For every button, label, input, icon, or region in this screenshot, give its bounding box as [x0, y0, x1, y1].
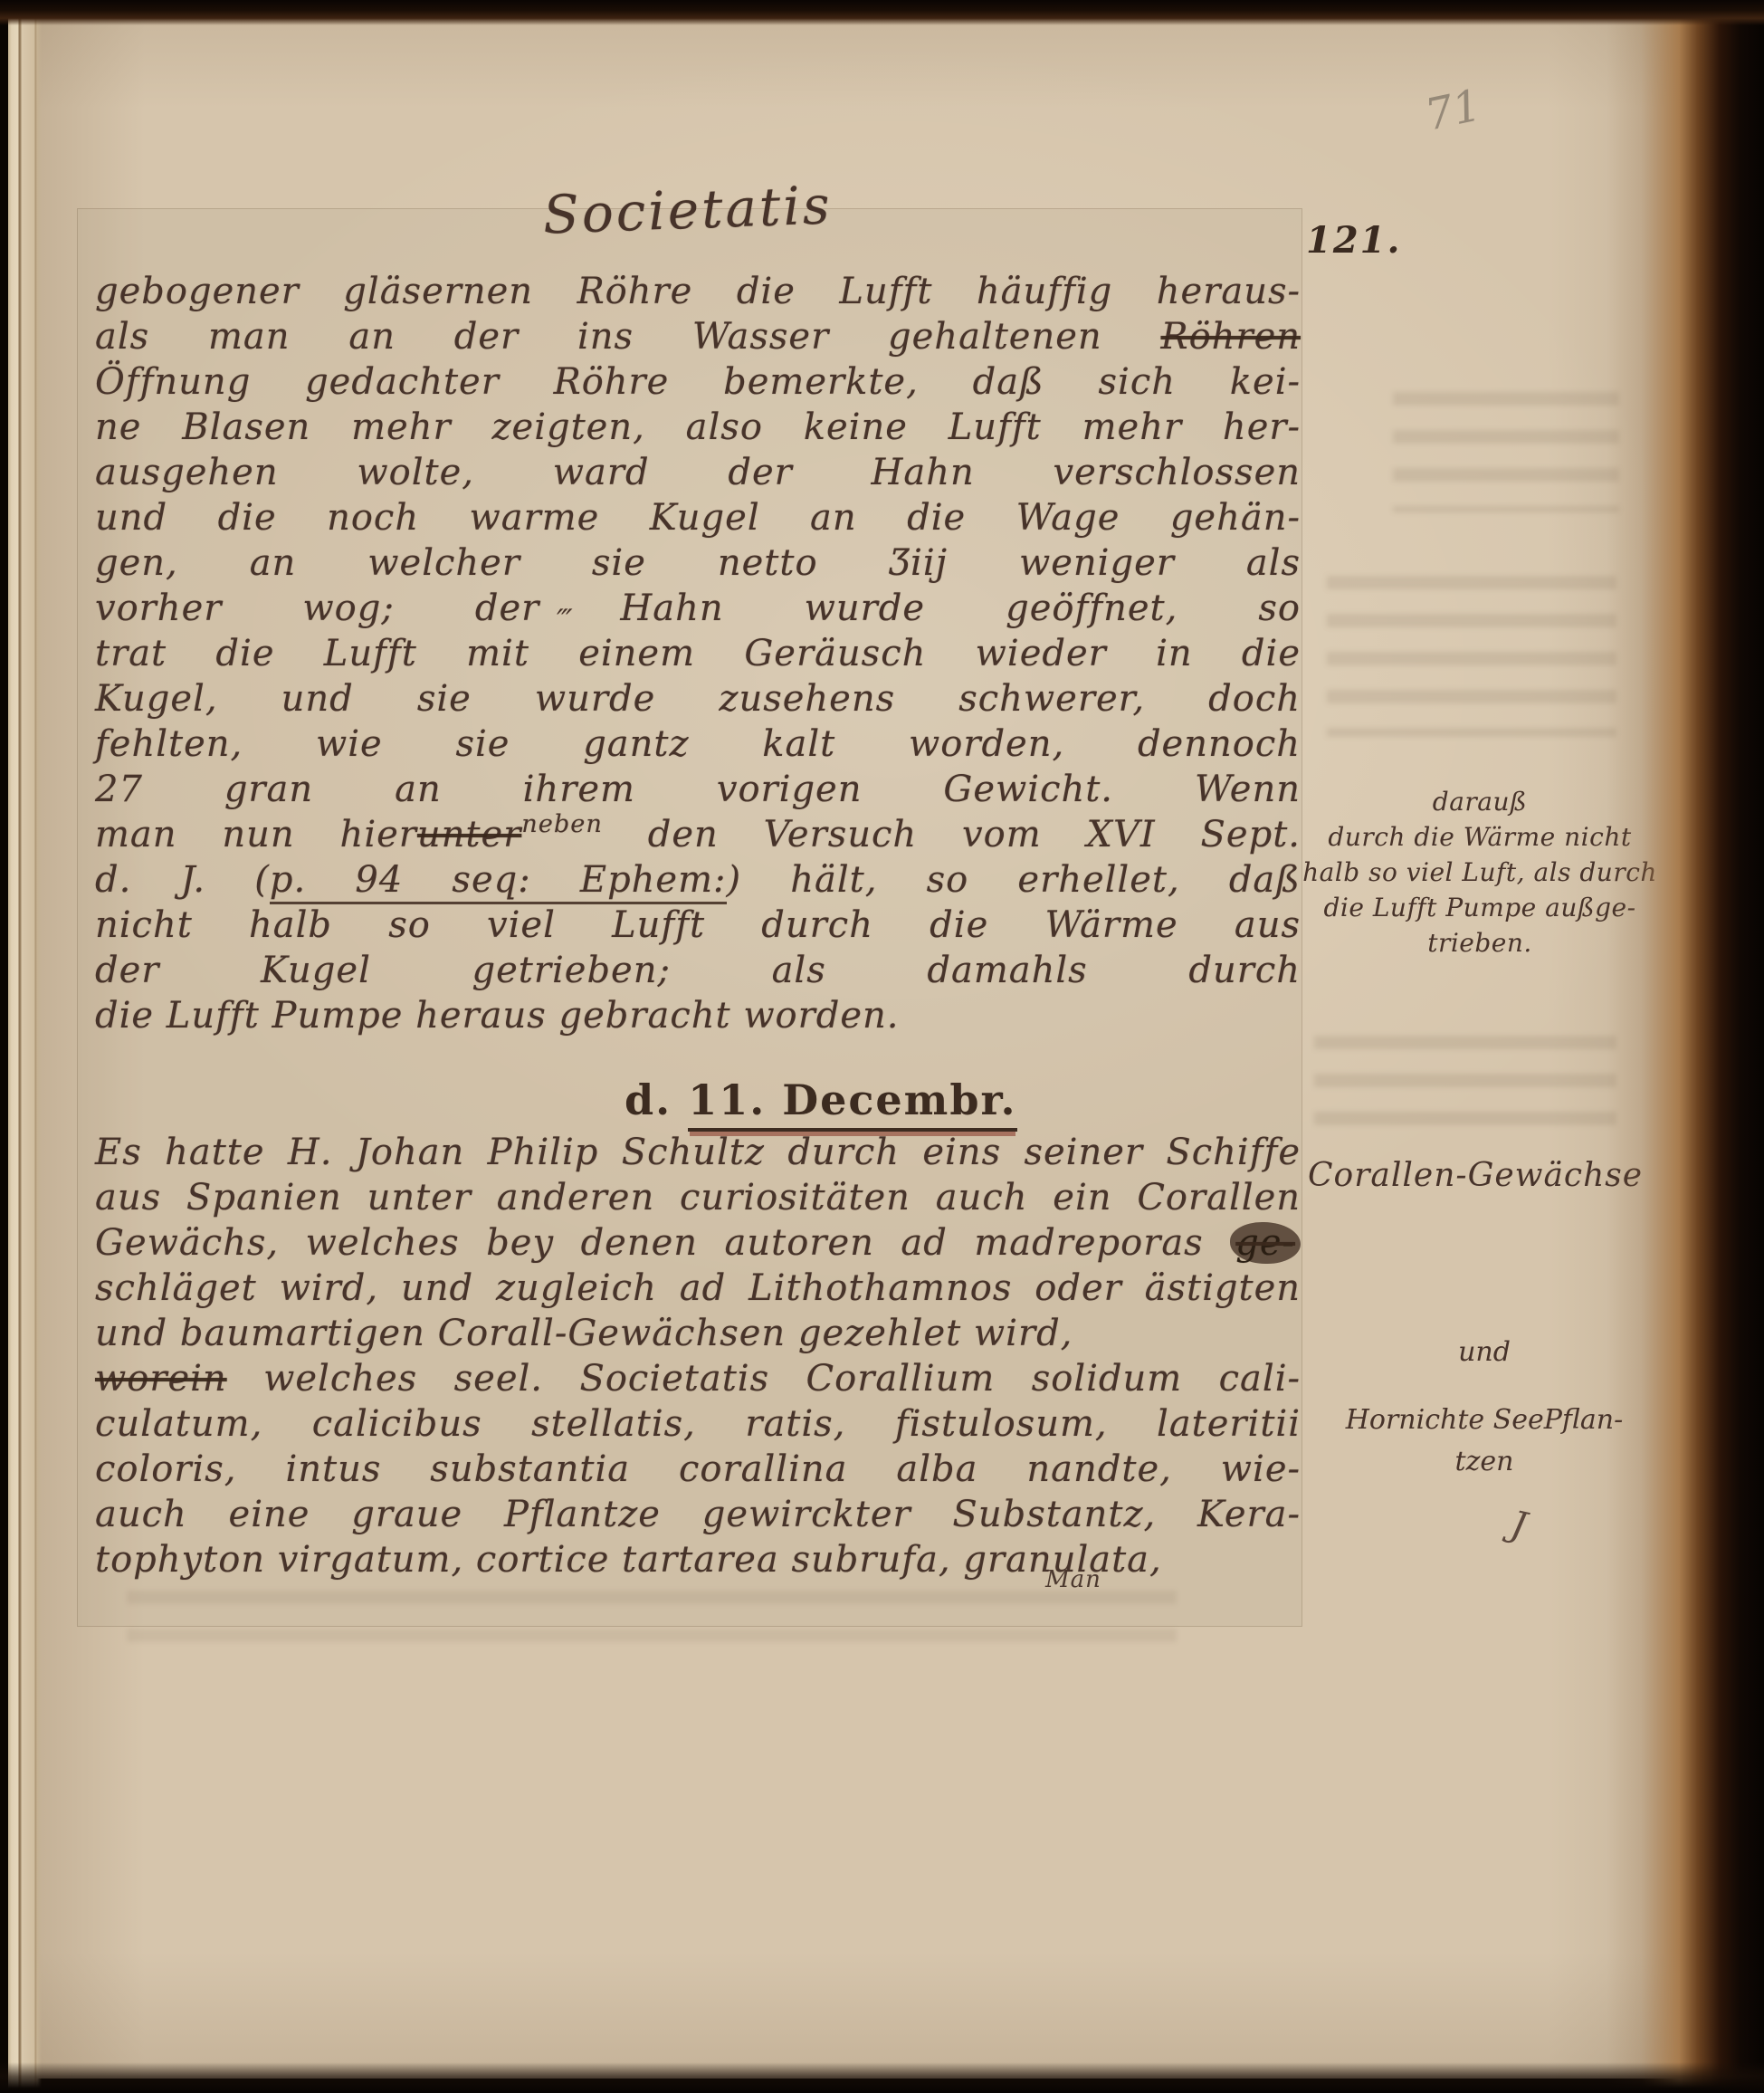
date-heading: d. 11. Decembr. — [625, 1075, 1017, 1124]
margin-flourish: J — [1507, 1504, 1530, 1547]
line-text: ) hält, so erhellet, daß — [727, 859, 1301, 901]
page-number: 121. — [1306, 219, 1401, 262]
struck-word: unter — [417, 814, 521, 855]
show-through-ghost — [1327, 565, 1616, 737]
date-heading-prefix: d. — [625, 1075, 672, 1124]
show-through-ghost — [1314, 1025, 1616, 1130]
margin-note-coral-title: Corallen-Gewächse — [1308, 1157, 1643, 1194]
manuscript-scan: 71 121. Societatis gebogener gläsernen R… — [0, 0, 1764, 2093]
struck-word: worein — [95, 1358, 227, 1400]
manuscript-line: d. J. (p. 94 seq: Ephem:) hält, so erhel… — [95, 857, 1301, 903]
show-through-ghost — [127, 1580, 1177, 1666]
manuscript-line: Es hatte H. Johan Philip Schultz durch e… — [95, 1130, 1301, 1175]
catchword: Man — [1045, 1566, 1101, 1593]
manuscript-line: Gewächs, welches bey denen autoren ad ma… — [95, 1220, 1301, 1266]
manuscript-line: und baumartigen Corall-Gewächsen gezehle… — [95, 1311, 1136, 1356]
line-text: d. J. ( — [95, 859, 270, 901]
manuscript-line: vorher wog; der Hahn wurde geöffnet, so — [95, 586, 1301, 631]
page-header-title: Societatis — [542, 174, 834, 245]
manuscript-line: als man an der ins Wasser gehaltenen Röh… — [95, 314, 1301, 359]
manuscript-line: trat die Lufft mit einem Geräusch wieder… — [95, 631, 1301, 676]
line-text: als man an der ins Wasser gehaltenen — [95, 316, 1102, 358]
manuscript-line: man nun hierunterneben den Versuch vom X… — [95, 812, 1301, 862]
manuscript-line: die Lufft Pumpe heraus gebracht worden. — [95, 993, 1073, 1038]
manuscript-line: nicht halb so viel Lufft durch die Wärme… — [95, 903, 1301, 948]
manuscript-line: culatum, calicibus stellatis, ratis, fis… — [95, 1401, 1301, 1447]
manuscript-line: gebogener gläsernen Röhre die Lufft häuf… — [95, 269, 1301, 314]
inserted-word: neben — [521, 810, 603, 838]
line-text: den Versuch vom XVI Sept. — [648, 814, 1301, 855]
date-heading-main: 11. Decembr. — [688, 1075, 1016, 1132]
book-top-edge — [0, 0, 1764, 25]
manuscript-line: schläget wird, und zugleich ad Lithotham… — [95, 1266, 1301, 1311]
manuscript-line: 27 gran an ihrem vorigen Gewicht. Wenn — [95, 767, 1301, 812]
line-text: man nun hier — [95, 814, 417, 855]
manuscript-line: fehlten, wie sie gantz kalt worden, denn… — [95, 722, 1301, 767]
manuscript-line: ausgehen wolte, ward der Hahn verschloss… — [95, 450, 1301, 495]
book-right-edge — [1607, 0, 1764, 2093]
manuscript-line: der Kugel getrieben; als damahls durch — [95, 948, 1301, 993]
folio-number-pencil: 71 — [1421, 80, 1485, 140]
line-text: Gewächs, welches bey denen autoren ad ma… — [95, 1222, 1204, 1264]
manuscript-line: Öffnung gedachter Röhre bemerkte, daß si… — [95, 359, 1301, 405]
manuscript-line: auch eine graue Pflantze gewirckter Subs… — [95, 1492, 1301, 1537]
manuscript-line: und die noch warme Kugel an die Wage geh… — [95, 495, 1301, 540]
show-through-ghost — [1393, 381, 1619, 512]
manuscript-line: worein welches seel. Societatis Coralliu… — [95, 1356, 1301, 1401]
manuscript-line: Kugel, und sie wurde zusehens schwerer, … — [95, 676, 1301, 722]
manuscript-line: coloris, intus substantia corallina alba… — [95, 1447, 1301, 1492]
page-stack-left-edge — [0, 0, 42, 2093]
struck-word: Röhren — [1160, 316, 1301, 358]
manuscript-line: ne Blasen mehr zeigten, also keine Lufft… — [95, 405, 1301, 450]
manuscript-page: 71 121. Societatis gebogener gläsernen R… — [27, 9, 1692, 2079]
manuscript-line: aus Spanien unter anderen curiositäten a… — [95, 1175, 1301, 1220]
manuscript-line: gen, an welcher sie netto Ʒiij weniger a… — [95, 540, 1301, 586]
book-bottom-edge — [0, 2062, 1764, 2093]
ink-blot-word: ge- — [1230, 1222, 1301, 1264]
underlined-citation: p. 94 seq: Ephem: — [270, 859, 727, 904]
line-text: welches seel. Societatis Corallium solid… — [263, 1358, 1301, 1400]
